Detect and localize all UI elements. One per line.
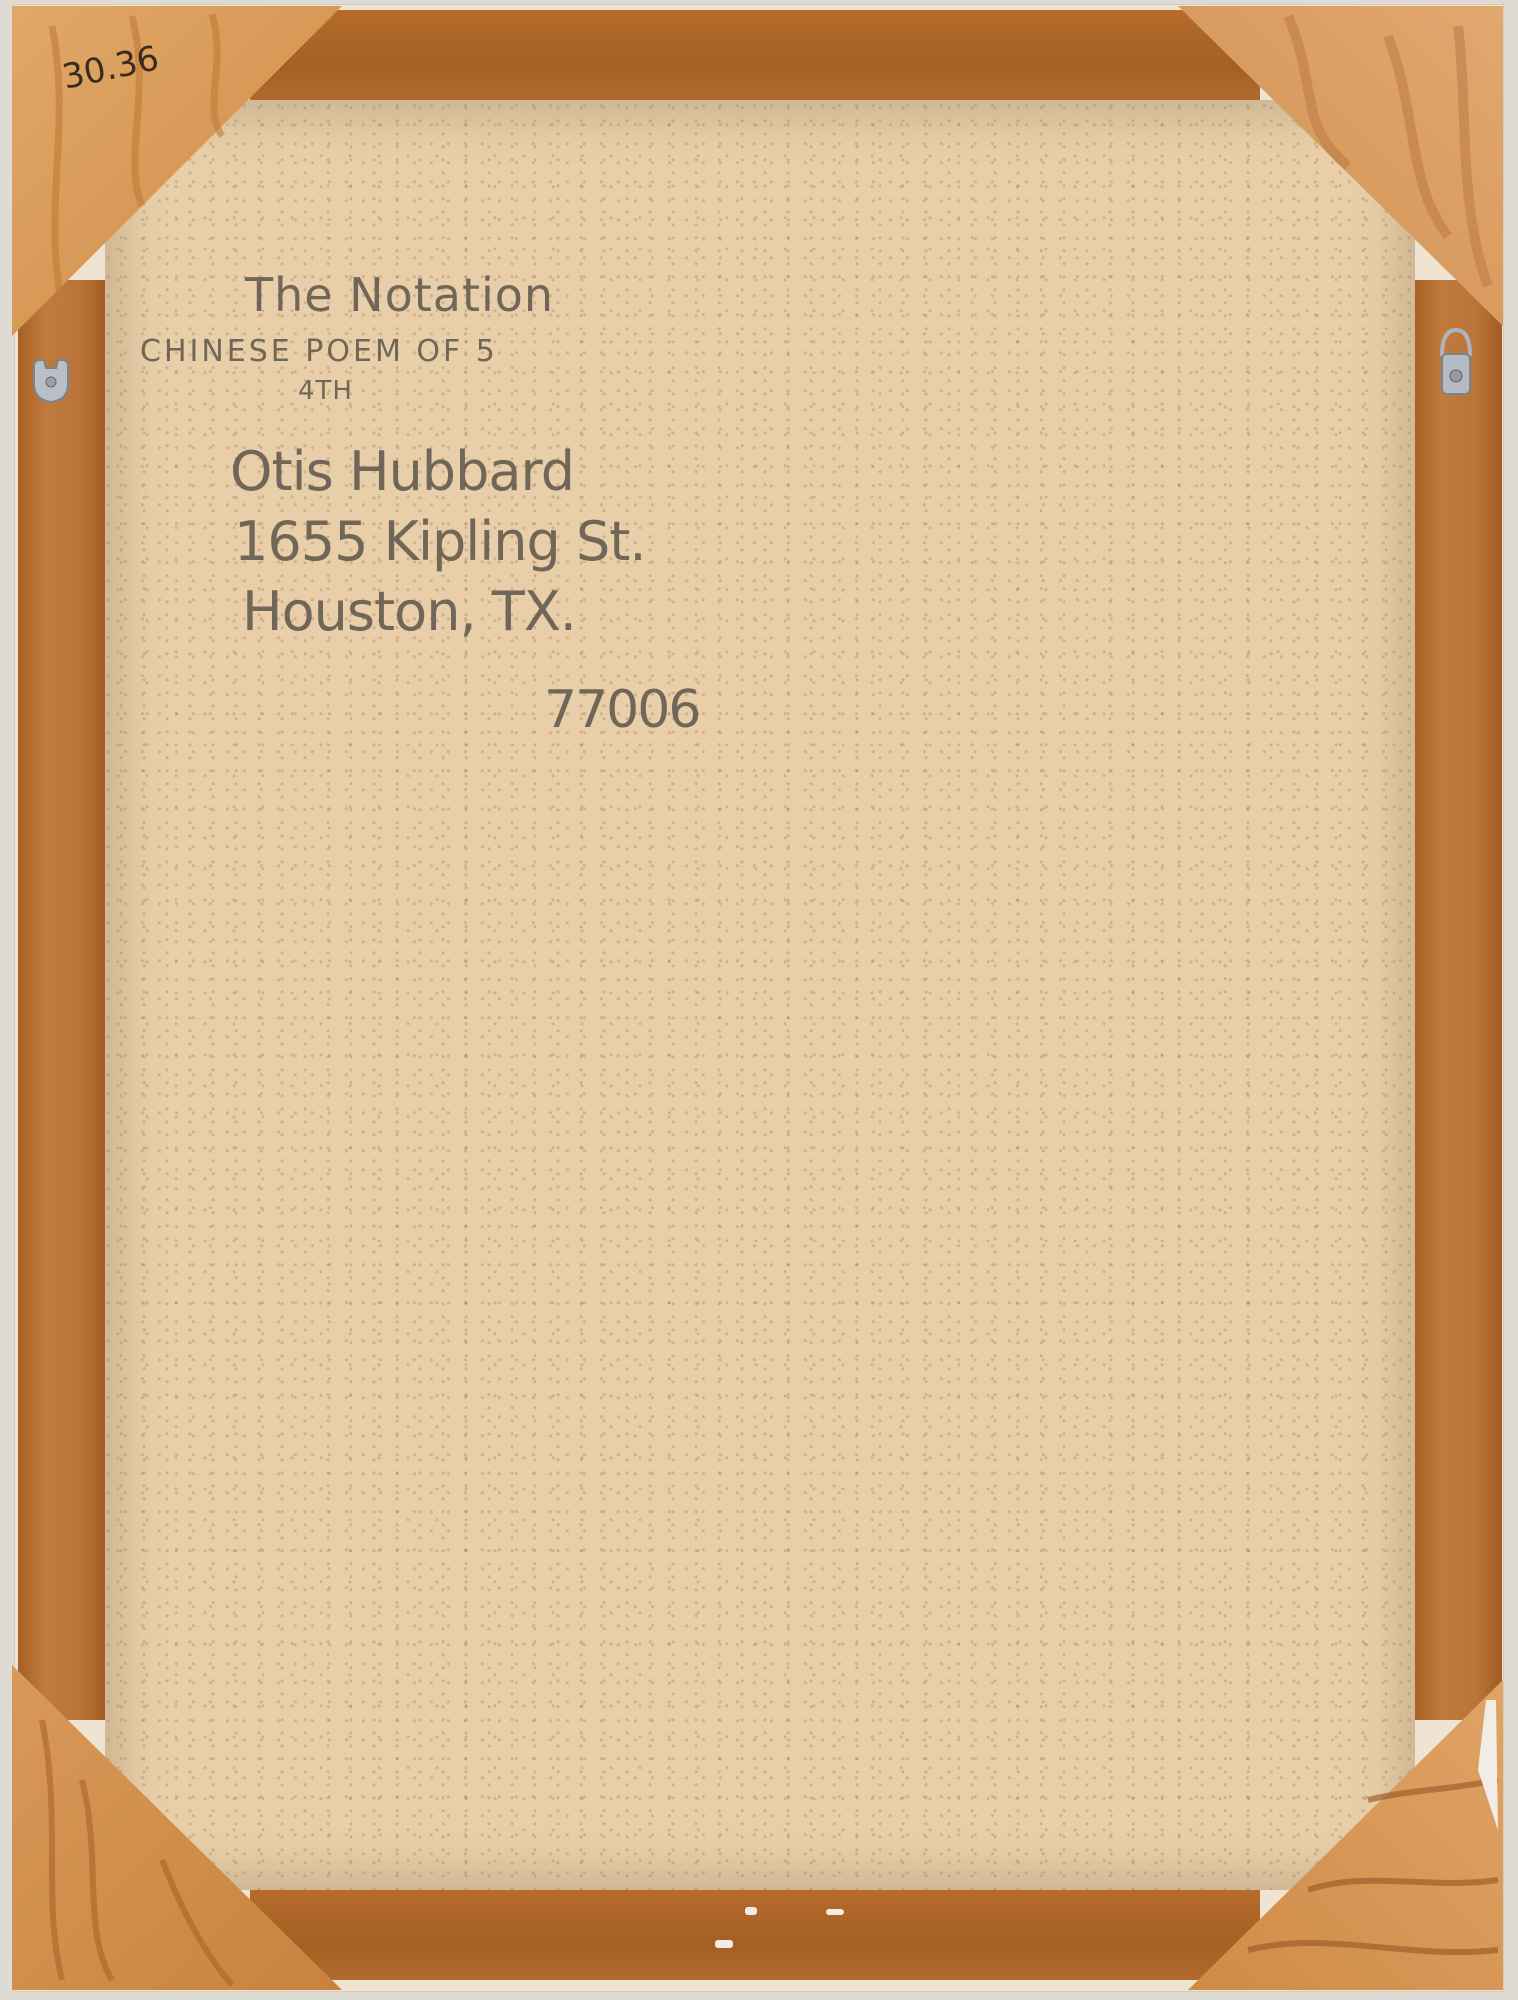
top-stretcher-bar	[250, 10, 1260, 102]
painting-subtitle: CHINESE POEM OF 5	[140, 334, 498, 369]
artist-name: Otis Hubbard	[230, 440, 574, 503]
artist-city: Houston, TX.	[242, 580, 576, 643]
bottom-stretcher-bar	[250, 1890, 1260, 1980]
artist-street-address: 1655 Kipling St.	[234, 510, 646, 573]
left-stretcher-bar	[18, 280, 106, 1720]
paint-chip	[715, 1940, 733, 1948]
bottom-right-corner-brace	[1168, 1660, 1508, 2000]
painting-back-photo: 30.36 The Notation CHINESE POEM OF 5 4TH…	[0, 0, 1518, 2000]
painting-subtitle-ordinal: 4TH	[298, 376, 353, 406]
artist-zip: 77006	[544, 680, 699, 740]
right-stretcher-bar	[1414, 280, 1502, 1720]
paint-chip	[826, 1909, 844, 1915]
sawtooth-hanger-icon	[30, 358, 72, 404]
bottom-left-corner-brace	[12, 1660, 352, 2000]
painting-title: The Notation	[245, 268, 554, 322]
top-right-corner-brace	[1168, 6, 1508, 346]
paint-chip	[745, 1907, 757, 1915]
d-ring-hanger-icon	[1436, 326, 1476, 400]
